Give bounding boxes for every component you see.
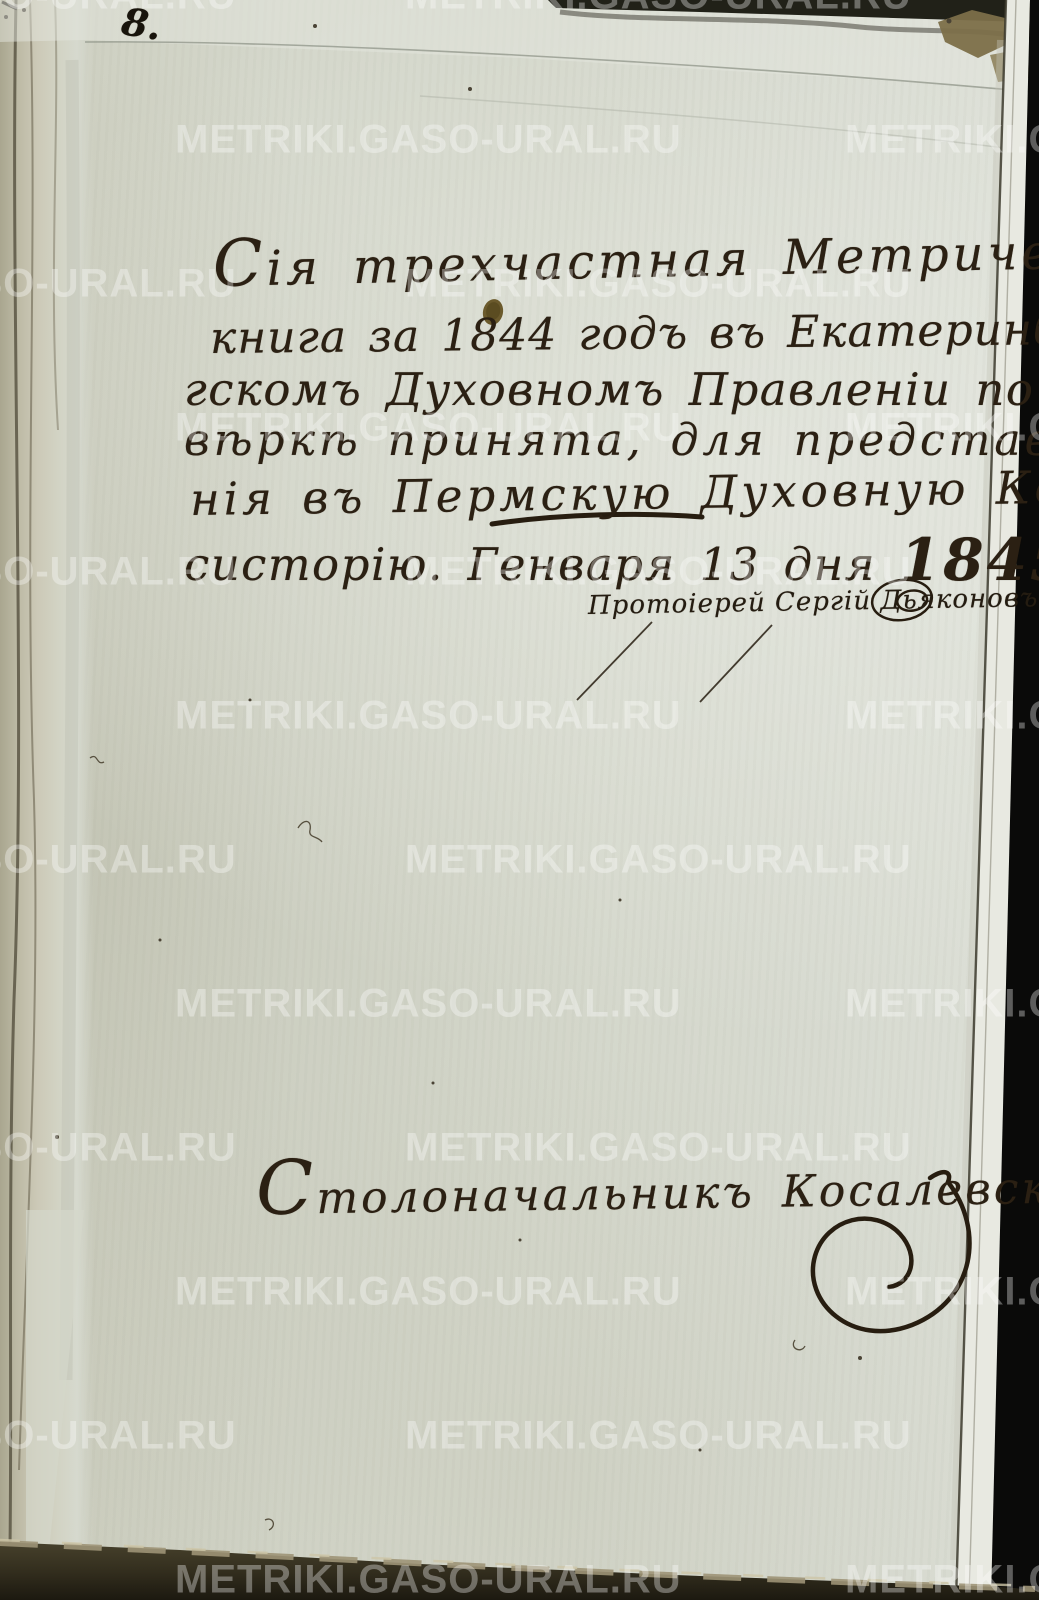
inscription-line: гскомъ Духовномъ Правленіи по по- (184, 367, 1039, 412)
page-number: 8. (119, 2, 164, 46)
inscription-line: книга за 1844 годъ въ Екатеринбур- (210, 307, 1039, 361)
signature-descender (700, 625, 772, 702)
inscription-line: вѣркѣ принята, для представле- (184, 419, 1039, 463)
inscription-date-text: систорію. Генваря 13 дня (184, 538, 876, 591)
signature-descender (577, 622, 652, 700)
binding-edge (0, 0, 94, 1600)
bottom-edge-band (0, 1540, 1039, 1600)
scanned-page: 8. Сія трехчастная Метрическая книга за … (0, 0, 1039, 1600)
archpriest-signature: Протоіерей Сергій Дьяконовъ (588, 585, 1039, 619)
inscription-line: нія въ Пермскую Духовную Кон- (190, 464, 1039, 522)
inscription-date-line: систорію. Генваря 13 дня 1845 г. (184, 531, 1039, 589)
clerk-signature: Столоначальникъ Косалевскій (255, 1140, 1039, 1227)
